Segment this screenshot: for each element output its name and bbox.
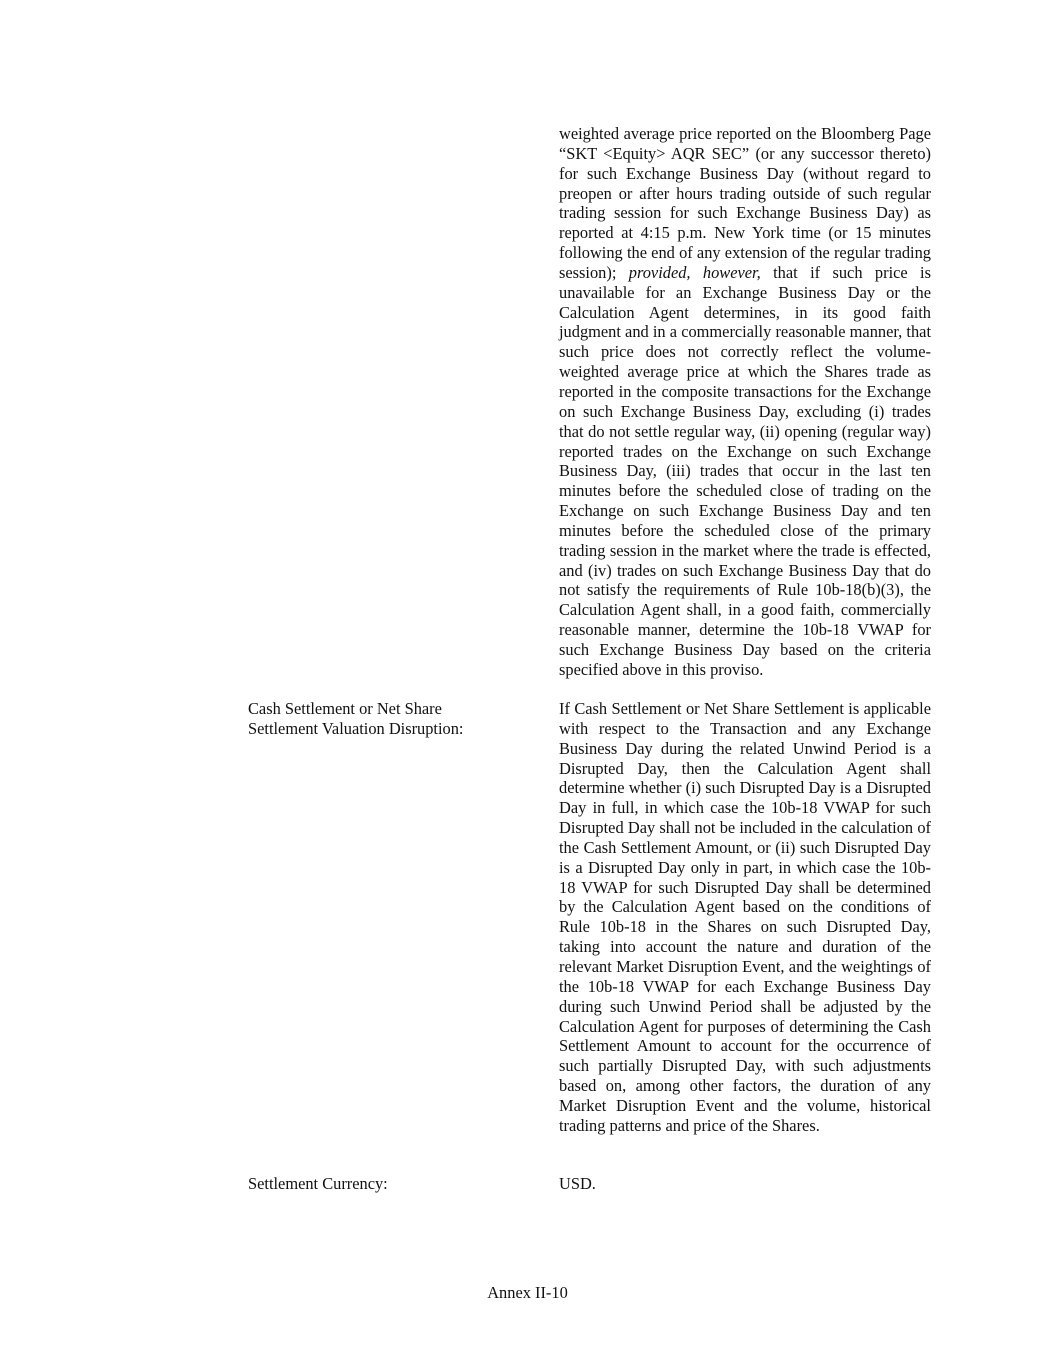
continuation-text-end: that if such price is unavailable for an… <box>559 263 931 679</box>
document-page: weighted average price reported on the B… <box>0 0 1055 1365</box>
term-label: Cash Settlement or Net Share Settlement … <box>248 699 528 739</box>
term-label: Settlement Currency: <box>248 1174 528 1194</box>
term-label-line-1: Cash Settlement or Net Share <box>248 699 442 718</box>
term-label-line-2: Settlement Valuation Disruption: <box>248 719 464 738</box>
page-footer: Annex II-10 <box>0 1283 1055 1303</box>
term-definition: If Cash Settlement or Net Share Settleme… <box>559 699 931 1136</box>
continuation-text-start: weighted average price reported on the B… <box>559 124 931 282</box>
vwap-definition-continuation: weighted average price reported on the B… <box>559 124 931 680</box>
proviso-italic-text: provided, however, <box>629 263 761 282</box>
term-definition: USD. <box>559 1174 931 1194</box>
